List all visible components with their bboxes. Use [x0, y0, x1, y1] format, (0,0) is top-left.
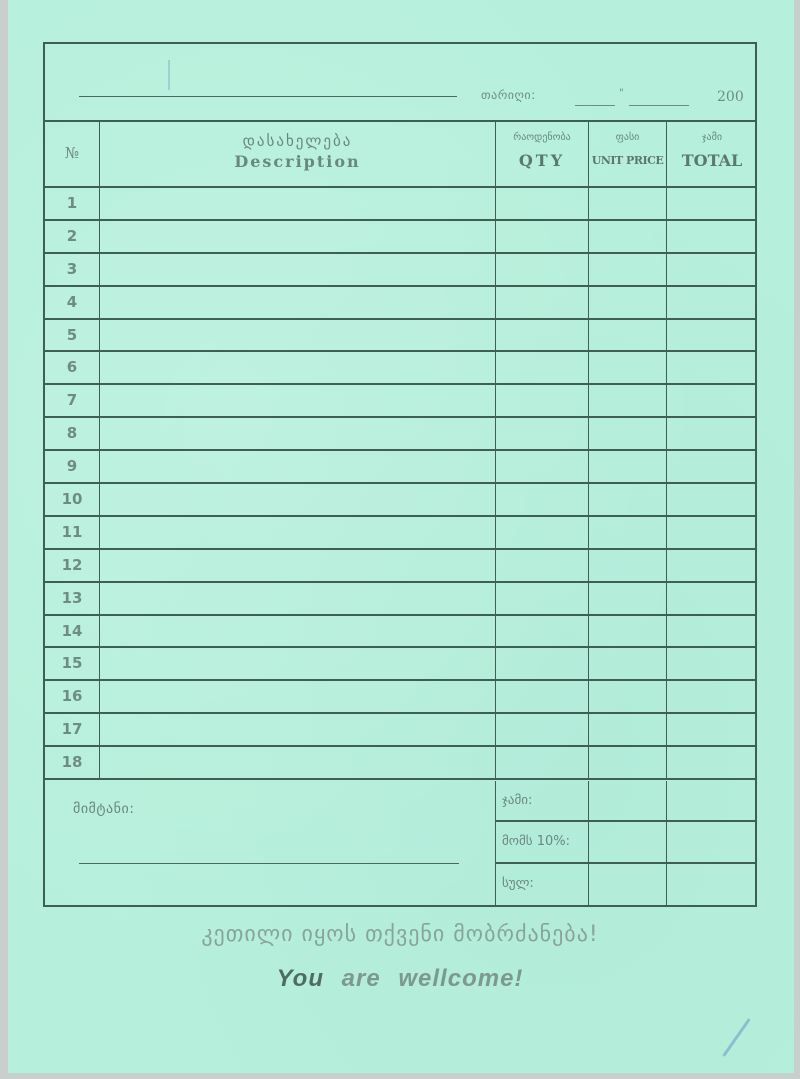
description-cell[interactable] — [100, 583, 496, 614]
item-rows: 123456789101112131415161718 — [45, 188, 755, 780]
unit-price-cell[interactable] — [589, 254, 667, 285]
column-unit-price: ფასი UNIT PRICE — [589, 122, 667, 186]
total-cell[interactable] — [667, 484, 757, 515]
description-cell[interactable] — [100, 616, 496, 647]
welcome-text-en: You are wellcome! — [0, 965, 800, 993]
grand-total-row: სულ: — [496, 864, 757, 905]
row-number-cell: 8 — [45, 418, 100, 449]
unit-price-cell[interactable] — [589, 747, 667, 778]
table-row: 13 — [45, 583, 755, 616]
row-number: 4 — [45, 287, 99, 318]
qty-cell[interactable] — [496, 451, 589, 482]
unit-price-cell[interactable] — [589, 385, 667, 416]
unit-price-cell[interactable] — [589, 517, 667, 548]
waiter-area: მიმტანი: — [45, 781, 496, 905]
welcome-en-rest: are wellcome! — [342, 965, 524, 992]
table-row: 15 — [45, 648, 755, 681]
row-number-cell: 18 — [45, 747, 100, 778]
qty-cell[interactable] — [496, 648, 589, 679]
grand-total-cell[interactable] — [667, 864, 757, 905]
row-number: 15 — [45, 648, 99, 679]
qty-cell[interactable] — [496, 616, 589, 647]
row-number: 7 — [45, 385, 99, 416]
unit-price-cell[interactable] — [589, 648, 667, 679]
total-cell[interactable] — [667, 287, 757, 318]
description-cell[interactable] — [100, 648, 496, 679]
total-cell[interactable] — [667, 352, 757, 383]
qty-cell[interactable] — [496, 254, 589, 285]
date-separator: " — [619, 88, 624, 99]
description-ka: დასახელება — [100, 132, 495, 150]
column-qty: რაოდენობა QTY — [496, 122, 589, 186]
unit-price-en: UNIT PRICE — [589, 154, 666, 167]
table-row: 8 — [45, 418, 755, 451]
description-cell[interactable] — [100, 484, 496, 515]
unit-price-cell[interactable] — [589, 287, 667, 318]
total-cell[interactable] — [667, 517, 757, 548]
total-en: TOTAL — [667, 151, 757, 170]
qty-cell[interactable] — [496, 287, 589, 318]
qty-cell[interactable] — [496, 583, 589, 614]
total-cell[interactable] — [667, 188, 757, 219]
total-cell[interactable] — [667, 648, 757, 679]
row-number: 17 — [45, 714, 99, 745]
column-description: დასახელება Description — [100, 122, 496, 186]
qty-cell[interactable] — [496, 320, 589, 351]
description-cell[interactable] — [100, 747, 496, 778]
row-number: 9 — [45, 451, 99, 482]
row-number-cell: 14 — [45, 616, 100, 647]
row-number: 3 — [45, 254, 99, 285]
table-row: 16 — [45, 681, 755, 714]
date-label: თარიღი: — [481, 88, 536, 102]
row-number-cell: 10 — [45, 484, 100, 515]
description-cell[interactable] — [100, 287, 496, 318]
description-cell[interactable] — [100, 550, 496, 581]
total-cell[interactable] — [667, 714, 757, 745]
total-cell[interactable] — [667, 418, 757, 449]
grand-total-label: სულ: — [496, 864, 589, 905]
total-cell[interactable] — [667, 320, 757, 351]
row-number: 14 — [45, 616, 99, 647]
number-sign: № — [45, 144, 99, 162]
table-row: 10 — [45, 484, 755, 517]
row-number-cell: 15 — [45, 648, 100, 679]
description-cell[interactable] — [100, 385, 496, 416]
description-cell[interactable] — [100, 188, 496, 219]
unit-price-cell[interactable] — [589, 583, 667, 614]
unit-price-cell[interactable] — [589, 451, 667, 482]
description-en: Description — [100, 152, 495, 171]
unit-price-cell[interactable] — [589, 550, 667, 581]
total-cell[interactable] — [667, 681, 757, 712]
table-row: 4 — [45, 287, 755, 320]
qty-cell[interactable] — [496, 385, 589, 416]
welcome-text-ka: კეთილი იყოს თქვენი მობრძანება! — [0, 922, 800, 947]
service-row: მომს 10%: — [496, 822, 757, 863]
row-number: 1 — [45, 188, 99, 219]
total-cell[interactable] — [667, 254, 757, 285]
receipt-form: თარიღი: " 200 № დასახელება Description რ… — [43, 42, 757, 907]
table-row: 17 — [45, 714, 755, 747]
unit-price-cell[interactable] — [589, 714, 667, 745]
qty-cell[interactable] — [496, 221, 589, 252]
qty-cell[interactable] — [496, 418, 589, 449]
unit-price-cell[interactable] — [589, 221, 667, 252]
column-header-row: № დასახელება Description რაოდენობა QTY ფ… — [45, 122, 755, 188]
total-ka: ჯამი — [667, 132, 757, 143]
description-cell[interactable] — [100, 714, 496, 745]
row-number-cell: 3 — [45, 254, 100, 285]
row-number-cell: 9 — [45, 451, 100, 482]
sum-total-cell[interactable] — [667, 781, 757, 820]
service-price-cell[interactable] — [589, 822, 667, 861]
unit-price-cell[interactable] — [589, 188, 667, 219]
row-number-cell: 11 — [45, 517, 100, 548]
qty-cell[interactable] — [496, 714, 589, 745]
unit-price-ka: ფასი — [589, 132, 666, 143]
total-cell[interactable] — [667, 616, 757, 647]
unit-price-cell[interactable] — [589, 418, 667, 449]
description-cell[interactable] — [100, 681, 496, 712]
table-row: 14 — [45, 616, 755, 649]
qty-cell[interactable] — [496, 188, 589, 219]
row-number-cell: 1 — [45, 188, 100, 219]
description-cell[interactable] — [100, 221, 496, 252]
row-number-cell: 6 — [45, 352, 100, 383]
row-number: 6 — [45, 352, 99, 383]
table-row: 11 — [45, 517, 755, 550]
row-number-cell: 12 — [45, 550, 100, 581]
total-cell[interactable] — [667, 550, 757, 581]
service-total-cell[interactable] — [667, 822, 757, 861]
row-number: 16 — [45, 681, 99, 712]
qty-cell[interactable] — [496, 747, 589, 778]
table-row: 5 — [45, 320, 755, 353]
table-row: 9 — [45, 451, 755, 484]
grand-total-price-cell[interactable] — [589, 864, 667, 905]
description-cell[interactable] — [100, 254, 496, 285]
row-number-cell: 2 — [45, 221, 100, 252]
description-cell[interactable] — [100, 517, 496, 548]
row-number: 2 — [45, 221, 99, 252]
waiter-signature-line[interactable] — [79, 863, 459, 864]
description-cell[interactable] — [100, 320, 496, 351]
total-cell[interactable] — [667, 747, 757, 778]
unit-price-cell[interactable] — [589, 681, 667, 712]
total-cell[interactable] — [667, 221, 757, 252]
date-month-field[interactable] — [629, 105, 689, 106]
unit-price-cell[interactable] — [589, 616, 667, 647]
column-number: № — [45, 122, 100, 186]
sum-label: ჯამი: — [496, 781, 589, 820]
table-row: 12 — [45, 550, 755, 583]
qty-cell[interactable] — [496, 681, 589, 712]
waiter-label: მიმტანი: — [73, 801, 134, 817]
description-cell[interactable] — [100, 352, 496, 383]
column-total: ჯამი TOTAL — [667, 122, 757, 186]
table-row: 3 — [45, 254, 755, 287]
row-number: 10 — [45, 484, 99, 515]
total-cell[interactable] — [667, 583, 757, 614]
welcome-en-first: You — [277, 965, 324, 992]
summary-section: მიმტანი: ჯამი: მომს 10%: სულ: — [45, 781, 755, 905]
unit-price-cell[interactable] — [589, 320, 667, 351]
row-number-cell: 17 — [45, 714, 100, 745]
qty-cell[interactable] — [496, 352, 589, 383]
row-number-cell: 7 — [45, 385, 100, 416]
table-row: 2 — [45, 221, 755, 254]
receipt-header: თარიღი: " 200 — [45, 44, 755, 122]
qty-en: QTY — [496, 151, 588, 170]
row-number: 5 — [45, 320, 99, 351]
date-year-prefix: 200 — [717, 89, 744, 105]
date-day-field[interactable] — [575, 105, 615, 106]
row-number-cell: 5 — [45, 320, 100, 351]
description-cell[interactable] — [100, 451, 496, 482]
sum-price-cell[interactable] — [589, 781, 667, 820]
qty-cell[interactable] — [496, 550, 589, 581]
row-number: 18 — [45, 747, 99, 778]
row-number-cell: 4 — [45, 287, 100, 318]
description-cell[interactable] — [100, 418, 496, 449]
table-row: 6 — [45, 352, 755, 385]
name-line[interactable] — [79, 96, 457, 97]
row-number: 12 — [45, 550, 99, 581]
sum-row: ჯამი: — [496, 781, 757, 822]
row-number: 13 — [45, 583, 99, 614]
total-cell[interactable] — [667, 385, 757, 416]
unit-price-cell[interactable] — [589, 484, 667, 515]
qty-cell[interactable] — [496, 517, 589, 548]
qty-ka: რაოდენობა — [496, 132, 588, 143]
qty-cell[interactable] — [496, 484, 589, 515]
total-cell[interactable] — [667, 451, 757, 482]
row-number: 8 — [45, 418, 99, 449]
unit-price-cell[interactable] — [589, 352, 667, 383]
row-number: 11 — [45, 517, 99, 548]
service-label: მომს 10%: — [496, 822, 589, 861]
row-number-cell: 13 — [45, 583, 100, 614]
table-row: 7 — [45, 385, 755, 418]
row-number-cell: 16 — [45, 681, 100, 712]
table-row: 1 — [45, 188, 755, 221]
table-row: 18 — [45, 747, 755, 780]
